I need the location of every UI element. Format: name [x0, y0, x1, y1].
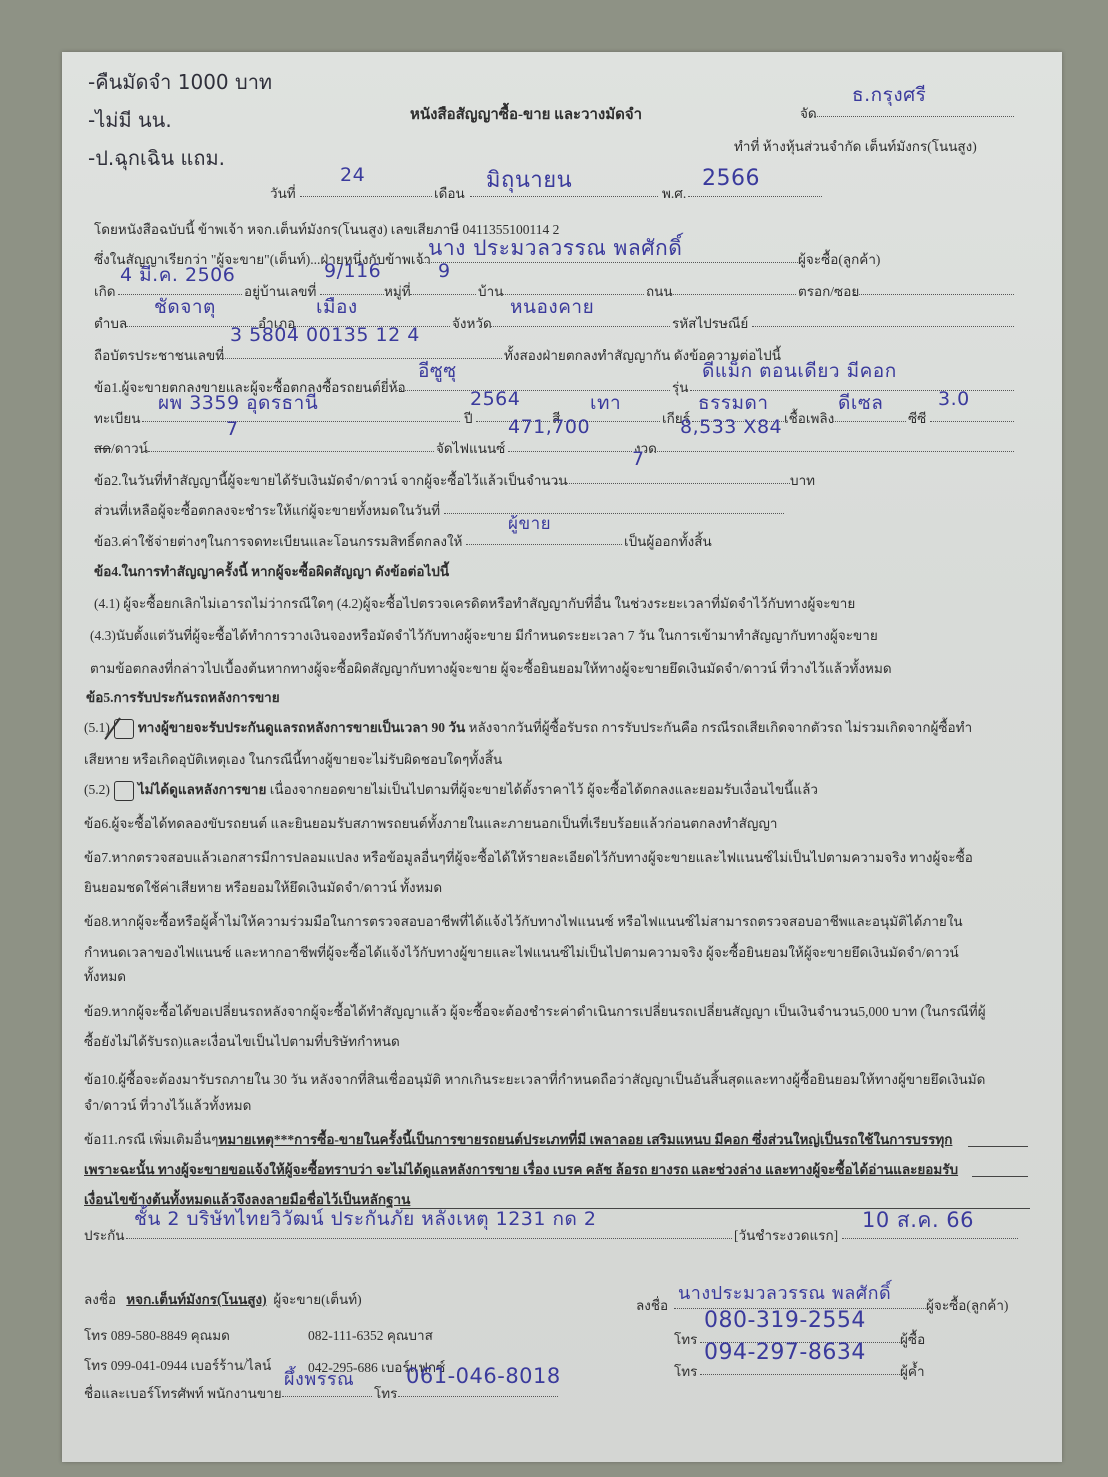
remaining-date-line	[444, 513, 784, 514]
buyer-sign-role: ผู้จะซื้อ(ลูกค้า)	[926, 1294, 1008, 1316]
clause5-2-number: (5.2)	[84, 782, 110, 797]
gear-value: ธรรมดา	[698, 388, 769, 418]
clause6: ข้อ6.ผู้จะซื้อได้ทดลองขับรถยนต์ และยินยอ…	[84, 812, 777, 834]
province-value: หนองคาย	[510, 292, 594, 322]
clause9-line1: ข้อ9.หากผู้จะซื้อได้ขอเปลี่ยนรถหลังจากผู…	[84, 1000, 986, 1022]
month-label: เดือน	[434, 182, 465, 204]
clause5-2: (5.2)ไม่ได้ดูแลหลังการขาย เนื่องจากยอดขา…	[84, 778, 818, 801]
fuel-label: เชื้อเพลิง	[784, 407, 834, 429]
clause11-prefix: ข้อ11.กรณี เพิ่มเติมอื่นๆ	[84, 1132, 218, 1147]
jad-value: ธ.กรุงศรี	[852, 80, 926, 110]
staff-name-line	[282, 1396, 372, 1397]
guarantor-tel-role: ผู้ค้ำ	[900, 1360, 925, 1382]
model-value: ดีแม็ก ตอนเดียว มีคอก	[702, 356, 897, 386]
id-label: ถือบัตรประชาชนเลขที่	[94, 344, 224, 366]
tambon-value: ชัดจาตุ	[154, 292, 216, 322]
finance-line	[508, 451, 632, 452]
first-payment-value: 10 ส.ค. 66	[862, 1204, 974, 1237]
moo-label: หมู่ที่	[384, 280, 411, 302]
postal-line	[752, 326, 1014, 327]
date-label: วันที่	[270, 182, 296, 204]
clause5-1-rest: หลังจากวันที่ผู้ซื้อรับรถ การรับประกันคื…	[465, 720, 972, 735]
staff-tel-value: 061-046-8018	[406, 1364, 561, 1388]
cc-line	[930, 421, 1014, 422]
clause10-line2: จำ/ดาวน์ ที่วางไว้แล้วทั้งหมด	[84, 1094, 251, 1116]
clause5-title: ข้อ5.การรับประกันรถหลังการขาย	[86, 686, 280, 708]
reg-label: ทะเบียน	[94, 407, 140, 429]
fee-payer-line	[466, 544, 622, 545]
province-label: จังหวัด	[452, 312, 492, 334]
buyer-tel-label: โทร	[674, 1328, 697, 1350]
installment-line	[654, 451, 1014, 452]
fee-payer-value: ผู้ขาย	[508, 510, 551, 537]
id-line	[220, 358, 502, 359]
house-value: 9/116	[324, 260, 381, 282]
jad-label: จัด	[800, 102, 817, 124]
cc-value: 3.0	[938, 388, 970, 410]
reg-value: ผพ 3359 อุดรธานี	[158, 388, 318, 418]
contract-document: -คืนมัดจำ 1000 บาท -ไม่มี นน. -ป.ฉุกเฉิน…	[62, 52, 1062, 1462]
moo-line	[410, 294, 476, 295]
seller-sign-role: ผู้จะขาย(เต็นท์)	[273, 1292, 361, 1307]
clause5-2-bold: ไม่ได้ดูแลหลังการขาย	[138, 782, 266, 797]
down-value: 7	[226, 418, 239, 440]
house-label: อยู่บ้านเลขที่	[244, 280, 316, 302]
finance-label: จัดไฟแนนซ์	[436, 437, 505, 459]
amphoe-value: เมือง	[316, 292, 358, 322]
staff-tel-line	[398, 1396, 558, 1397]
seller-sign-name: หจก.เต็นท์มังกร(โนนสูง)	[126, 1292, 266, 1307]
seller-sign-label: ลงชื่อ	[84, 1292, 116, 1307]
clause5-2-rest: เนื่องจากยอดขายไม่เป็นไปตามที่ผู้จะขายได…	[266, 782, 818, 797]
buyer-tel-role: ผู้ซื้อ	[900, 1328, 925, 1350]
clause2-text: ข้อ2.ในวันที่ทำสัญญานี้ผู้จะขายได้รับเงิ…	[94, 469, 567, 491]
jad-line	[814, 116, 1014, 117]
born-label: เกิด	[94, 280, 116, 302]
year-model-label: ปี	[464, 407, 473, 429]
year-label: พ.ศ.	[662, 182, 686, 204]
clause4-1: (4.1) ผู้จะซื้อยกเลิกไม่เอารถไม่ว่ากรณีใ…	[94, 592, 855, 614]
buyer-label: ผู้จะซื้อ(ลูกค้า)	[798, 248, 880, 270]
id-value: 3 5804 00135 12 4	[230, 324, 420, 346]
down-line	[148, 451, 434, 452]
clause3-suffix: เป็นผู้ออกทั้งสิ้น	[624, 530, 712, 552]
deposit-line	[554, 483, 790, 484]
clause11-rule-1	[968, 1146, 1028, 1147]
guarantor-tel-label: โทร	[674, 1360, 697, 1382]
clause11-note: หมายเหตุ***การซื้อ-ขายในครั้งนี้เป็นการข…	[218, 1132, 952, 1147]
note-emergency-bonus: -ป.ฉุกเฉิน แถม.	[88, 142, 225, 174]
seller-phone-2: 082-111-6352 คุณบาส	[308, 1324, 433, 1346]
cash-label-struck: สด	[94, 441, 111, 456]
reg-line	[142, 421, 460, 422]
clause11-rule-2	[972, 1176, 1028, 1177]
deposit-value: 7	[632, 448, 645, 470]
down-label: สด/ดาวน์	[94, 437, 148, 459]
clause8-line1: ข้อ8.หากผู้จะซื้อหรือผู้ค้ำไม่ให้ความร่ว…	[84, 910, 963, 932]
road-label: ถนน	[646, 280, 673, 302]
clause4-3: (4.3)นับตั้งแต่วันที่ผู้จะซื้อได้ทำการวา…	[90, 624, 878, 646]
clause5-1: (5.1)ทางผู้ขายจะรับประกันดูแลรถหลังการขา…	[84, 716, 972, 739]
clause5-1-bold: ทางผู้ขายจะรับประกันดูแลรถหลังการขายเป็น…	[138, 720, 465, 735]
brand-line	[396, 390, 670, 391]
clause7-line2: ยินยอมชดใช้ค่าเสียหาย หรือยอมให้ยึดเงินม…	[84, 876, 442, 898]
seller-phone-1: โทร 089-580-8849 คุณมด	[84, 1324, 230, 1346]
cc-label: ซีซี	[908, 407, 926, 429]
clause9-line2: ซื้อยังไม่ได้รับรถ)และเงื่อนไขเป็นไปตามท…	[84, 1030, 400, 1052]
moo-value: 9	[438, 260, 451, 282]
insurance-value: ชั้น 2 บริษัทไทยวิวัฒน์ ประกันภัย หลังเห…	[134, 1204, 596, 1234]
clause4-penalty: ตามข้อตกลงที่กล่าวไปเบื้องต้นหากทางผู้จะ…	[90, 657, 892, 679]
buyer-sign-label: ลงชื่อ	[636, 1294, 668, 1316]
year-value: 2566	[702, 166, 760, 191]
clause11-line1: ข้อ11.กรณี เพิ่มเติมอื่นๆหมายเหตุ***การซ…	[84, 1128, 952, 1150]
place-label: ทำที่ ห้างหุ้นส่วนจำกัด เต็นท์มังกร(โนนส…	[734, 135, 977, 157]
finance-value: 471,700	[508, 416, 590, 438]
soi-line	[854, 294, 1014, 295]
postal-label: รหัสไปรษณีย์	[672, 312, 748, 334]
deposit-unit: บาท	[790, 469, 815, 491]
staff-tel-label: โทร	[374, 1382, 397, 1404]
fuel-value: ดีเซล	[838, 388, 883, 418]
buyer-name-value: นาง ประมวลวรรณ พลศักดิ์	[428, 232, 682, 265]
year-line	[688, 196, 822, 197]
staff-name-value: ผึ้งพรรณ	[284, 1364, 354, 1393]
buyer-sign-value: นางประมวลวรรณ พลศักดิ์	[678, 1278, 891, 1307]
year-model-value: 2564	[470, 388, 520, 410]
warranty-90-days-checkbox[interactable]	[114, 719, 134, 739]
model-label: รุ่น	[672, 376, 688, 398]
guarantor-tel-value: 094-297-8634	[704, 1340, 866, 1365]
buyer-tel-value: 080-319-2554	[704, 1308, 866, 1333]
month-value: มิถุนายน	[486, 162, 572, 197]
brand-value: อีซูซุ	[418, 356, 457, 386]
fuel-line	[832, 421, 906, 422]
clause11-line2: เพราะฉะนั้น ทางผู้จะขายขอแจ้งให้ผู้จะซื้…	[84, 1158, 958, 1180]
staff-label: ชื่อและเบอร์โทรศัพท์ พนักงานขาย	[84, 1382, 282, 1404]
clause3-text: ข้อ3.ค่าใช้จ่ายต่างๆในการจดทะเบียนและโอน…	[94, 530, 462, 552]
guarantor-tel-line	[700, 1374, 900, 1375]
date-line	[300, 196, 432, 197]
down-label-text: /ดาวน์	[111, 441, 148, 456]
note-deposit-refund: -คืนมัดจำ 1000 บาท	[88, 66, 272, 98]
born-value: 4 มี.ค. 2506	[120, 260, 235, 290]
first-payment-label: [วันชำระงวดแรก]	[734, 1224, 838, 1246]
color-value: เทา	[590, 388, 621, 418]
seller-sign-block: ลงชื่อ หจก.เต็นท์มังกร(โนนสูง) ผู้จะขาย(…	[84, 1288, 362, 1310]
soi-label: ตรอก/ซอย	[798, 280, 859, 302]
first-payment-line	[842, 1238, 1018, 1239]
no-after-sales-checkbox[interactable]	[114, 781, 134, 801]
insurance-line	[126, 1238, 732, 1239]
clause8-line2: กำหนดเวลาของไฟแนนซ์ และหากอาชีพที่ผู้จะซ…	[84, 941, 959, 963]
road-line	[670, 294, 796, 295]
clause7-line1: ข้อ7.หากตรวจสอบแล้วเอกสารมีการปลอมแปลง ห…	[84, 846, 973, 868]
date-value: 24	[340, 164, 365, 186]
clause10-line1: ข้อ10.ผู้ซื้อจะต้องมารับรถภายใน 30 วัน ห…	[84, 1068, 985, 1090]
clause8-line3: ทั้งหมด	[84, 965, 126, 987]
seller-phone-3: โทร 099-041-0944 เบอร์ร้าน/ไลน์	[84, 1354, 271, 1376]
document-title: หนังสือสัญญาซื้อ-ขาย และวางมัดจำ	[410, 102, 642, 126]
note-no-weight: -ไม่มี นน.	[88, 104, 172, 136]
village-label: บ้าน	[478, 280, 503, 302]
clause5-1-line2: เสียหาย หรือเกิดอุบัติเหตุเอง ในกรณีนี้ท…	[84, 748, 502, 770]
tambon-label: ตำบล	[94, 312, 127, 334]
insurance-label: ประกัน	[84, 1224, 124, 1246]
clause5-1-number: (5.1)	[84, 720, 110, 735]
installment-value: 8,533 X84	[680, 416, 782, 438]
clause4-title: ข้อ4.ในการทำสัญญาครั้งนี้ หากผู้จะซื้อผิ…	[94, 560, 449, 582]
remaining-text: ส่วนที่เหลือผู้จะซื้อตกลงจะชำระให้แก่ผู้…	[94, 499, 440, 521]
province-line	[490, 326, 670, 327]
